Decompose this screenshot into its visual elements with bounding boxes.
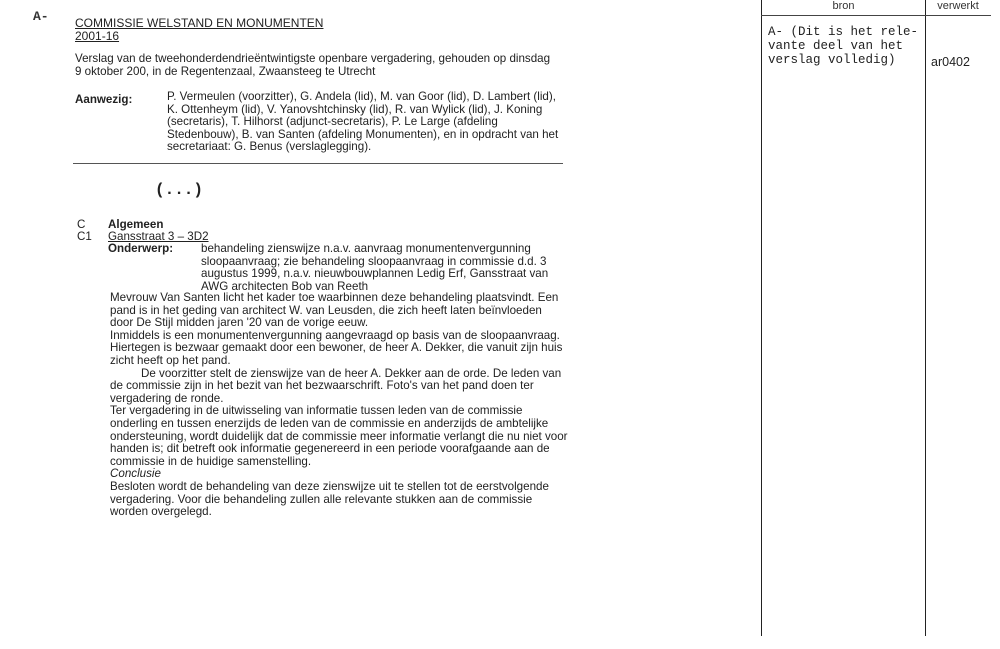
- body-line: worden overgelegd.: [110, 506, 580, 519]
- body-line: Besloten wordt de behandeling van deze z…: [110, 481, 580, 494]
- body-line: de commissie zijn in het bezit van het b…: [110, 380, 580, 393]
- meeting-intro: Verslag van de tweehonderdendrieëntwinti…: [75, 53, 575, 78]
- item-code: C1: [77, 231, 92, 244]
- attendees-line: secretariaat: G. Benus (verslaglegging).: [167, 141, 567, 154]
- source-note-line: verslag volledig): [768, 53, 918, 67]
- body-line: door De Stijl midden jaren '20 van de vo…: [110, 317, 580, 330]
- subject-line: augustus 1999, n.a.v. nieuwbouwplannen L…: [201, 268, 581, 281]
- column-border-right: [925, 0, 926, 636]
- subject-text: behandeling zienswijze n.a.v. aanvraag m…: [201, 243, 581, 293]
- column-header-bron: bron: [762, 0, 925, 12]
- attendees-label: Aanwezig:: [75, 94, 132, 107]
- attendees-line: P. Vermeulen (voorzitter), G. Andela (li…: [167, 91, 567, 104]
- column-header-verwerkt: verwerkt: [926, 0, 990, 12]
- body-line: handen is; dit betreft ook informatie ge…: [110, 443, 580, 456]
- source-note: A- (Dit is het rele- vante deel van het …: [768, 25, 918, 67]
- intro-line: Verslag van de tweehonderdendrieëntwinti…: [75, 53, 575, 66]
- subject-label: Onderwerp:: [108, 243, 173, 256]
- margin-marker: A-: [33, 9, 49, 24]
- source-note-line: vante deel van het: [768, 39, 918, 53]
- attendees-list: P. Vermeulen (voorzitter), G. Andela (li…: [167, 91, 567, 154]
- omission-ellipsis: (...): [155, 181, 203, 199]
- subject-line: behandeling zienswijze n.a.v. aanvraag m…: [201, 243, 581, 256]
- attendees-line: (secretaris), T. Hilhorst (adjunct-secre…: [167, 116, 567, 129]
- intro-line: 9 oktober 200, in de Regentenzaal, Zwaan…: [75, 66, 575, 79]
- body-line: commissie in de huidige samenstelling.: [110, 456, 580, 469]
- body-line: onderling en tussen enerzijds de leden v…: [110, 418, 580, 431]
- processed-code: ar0402: [931, 55, 970, 69]
- source-note-line: A- (Dit is het rele-: [768, 25, 918, 39]
- column-border-left: [761, 0, 762, 636]
- section-divider: [73, 163, 563, 164]
- header-divider: [761, 15, 991, 16]
- body-line: zicht heeft op het pand.: [110, 355, 580, 368]
- body-line: Mevrouw Van Santen licht het kader toe w…: [110, 292, 580, 305]
- minutes-body: Mevrouw Van Santen licht het kader toe w…: [110, 292, 580, 519]
- document-number: 2001-16: [75, 30, 119, 43]
